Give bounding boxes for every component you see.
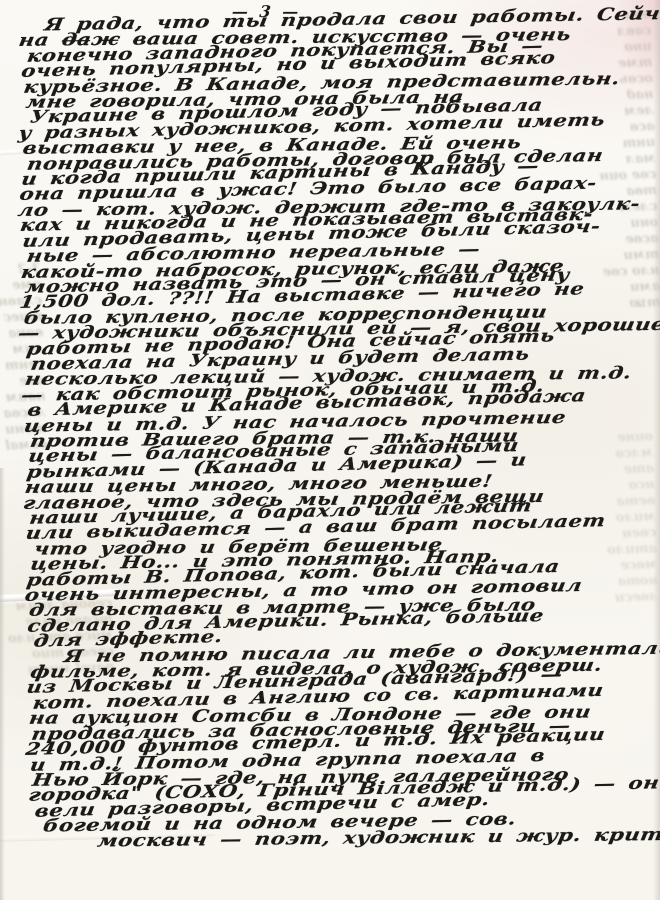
page-edge-shadow xyxy=(0,468,5,900)
letter-page: оме савл ино тме освь над лем асв инт ма… xyxy=(0,0,660,900)
handwriting-block: Я рада, что ты продала свои работы. Сейч… xyxy=(10,5,660,851)
